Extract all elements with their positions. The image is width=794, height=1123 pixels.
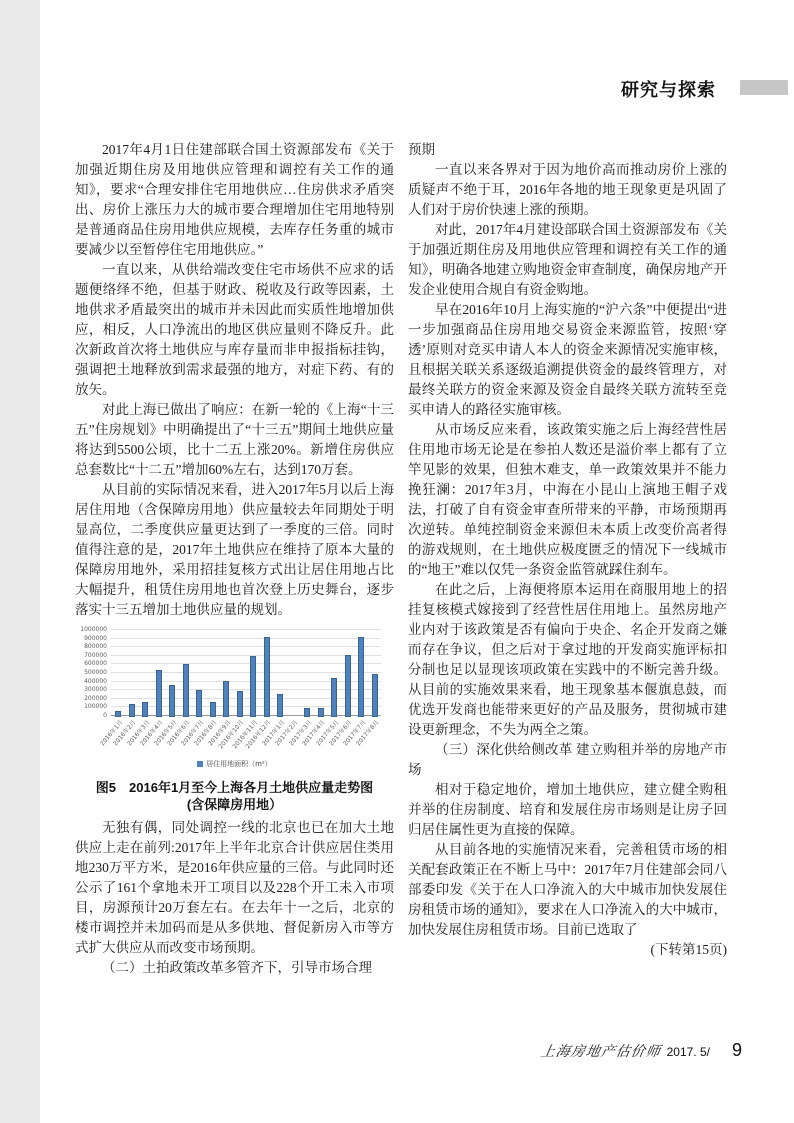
y-tick-label: 300000 [75,686,107,693]
y-tick-label: 400000 [75,678,107,685]
bar [250,656,256,717]
bar [345,655,351,717]
y-tick-label: 900000 [75,635,107,642]
bar [318,708,324,717]
bar [196,690,202,717]
figure-caption-line1: 图5 2016年1月至今上海各月土地供应量走势图 [75,779,394,796]
y-tick-label: 600000 [75,660,107,667]
paragraph: 从目前的实际情况来看，进入2017年5月以后上海居住用地（含保障房用地）供应量较… [75,480,394,620]
page-footer: 上海房地产估价师 2017. 5/ 9 [541,1040,742,1061]
bar [156,670,162,717]
magazine-page: 研究与探索 2017年4月1日住建部联合国土资源部发布《关于加强近期住房及用地供… [0,0,794,1123]
right-column: 预期一直以来各界对于因为地价高而推动房价上涨的质疑声不绝于耳，2016年各地的地… [408,140,727,978]
chart-gridline [111,638,381,639]
bar [169,685,175,717]
y-tick-label: 800000 [75,643,107,650]
article-body: 2017年4月1日住建部联合国土资源部发布《关于加强近期住房及用地供应管理和调控… [75,140,727,978]
bar [129,704,135,717]
bar [223,681,229,717]
page-number: 9 [732,1040,742,1061]
section-marker-block [740,80,788,95]
y-tick-label: 1000000 [75,626,107,633]
paragraph: 一直以来各界对于因为地价高而推动房价上涨的质疑声不绝于耳，2016年各地的地王现… [408,160,727,220]
chart-gridline [111,663,381,664]
bar [115,711,121,717]
bar [331,678,337,717]
chart-gridline [111,655,381,656]
bar [237,691,243,717]
chart-gridline [111,681,381,682]
bar [264,637,270,717]
y-tick-label: 200000 [75,695,107,702]
paragraph: 相对于稳定地价，增加土地供应，建立健全购租并举的住房制度、培育和发展住房市场则是… [408,780,727,840]
y-tick-label: 0 [75,712,107,719]
left-column: 2017年4月1日住建部联合国土资源部发布《关于加强近期住房及用地供应管理和调控… [75,140,394,978]
paragraph: 早在2016年10月上海实施的“沪六条”中便提出“进一步加强商品住房用地交易资金… [408,300,727,420]
bar [183,664,189,717]
paragraph: 对此上海已做出了响应：在新一轮的《上海“十三五”住房规划》中明确提出了“十三五”… [75,400,394,480]
chart-gridline [111,706,381,707]
bar [277,694,283,718]
left-column-paragraphs-bottom: 无独有偶，同处调控一线的北京也已在加大土地供应上走在前列:2017年上半年北京合… [75,818,394,978]
paragraph: 一直以来，从供给端改变住宅市场供不应求的话题便络绎不绝，但基于财政、税收及行政等… [75,260,394,400]
left-column-paragraphs-top: 2017年4月1日住建部联合国土资源部发布《关于加强近期住房及用地供应管理和调控… [75,140,394,620]
y-tick-label: 500000 [75,669,107,676]
chart-gridline [111,672,381,673]
legend-label: 居住用地面积（m²） [206,760,272,768]
figure-caption-line2: (含保障房用地） [75,796,394,813]
chart-legend: 居住用地面积（m²） [75,759,394,769]
paragraph: 从市场反应来看，该政策实施之后上海经营性居住用地市场无论是在参拍人数还是溢价率上… [408,420,727,580]
chart-gridline [111,689,381,690]
paragraph: 从目前各地的实施情况来看，完善租赁市场的相关配套政策正在不断上马中：2017年7… [408,840,727,940]
chart-gridline [111,629,381,630]
bar [304,708,310,717]
figure-caption: 图5 2016年1月至今上海各月土地供应量走势图 (含保障房用地） [75,779,394,813]
page-margin-strip [0,0,40,1123]
paragraph: 预期 [408,140,727,160]
paragraph: 无独有偶，同处调控一线的北京也已在加大土地供应上走在前列:2017年上半年北京合… [75,818,394,958]
bar [142,702,148,717]
chart-gridline [111,715,381,716]
section-title: 研究与探索 [621,76,716,102]
paragraph: 2017年4月1日住建部联合国土资源部发布《关于加强近期住房及用地供应管理和调控… [75,140,394,260]
land-supply-bar-chart: 0100000200000300000400000500000600000700… [75,623,394,775]
bar [358,637,364,717]
issue-label: 2017. 5/ [667,1045,710,1059]
right-column-paragraphs: 预期一直以来各界对于因为地价高而推动房价上涨的质疑声不绝于耳，2016年各地的地… [408,140,727,960]
bar [210,702,216,717]
paragraph: 在此之后，上海便将原本运用在商服用地上的招挂复核模式嫁接到了经营性居住用地上。虽… [408,580,727,740]
paragraph: 对此，2017年4月建设部联合国土资源部发布《关于加强近期住房及用地供应管理和调… [408,220,727,300]
chart-gridline [111,646,381,647]
paragraph: （三）深化供给侧改革 建立购租并举的房地产市场 [408,740,727,780]
paragraph: （二）土拍政策改革多管齐下，引导市场合理 [75,958,394,978]
paragraph: (下转第15页) [408,940,727,960]
journal-logo: 上海房地产估价师 [539,1041,663,1061]
y-tick-label: 700000 [75,652,107,659]
y-tick-label: 100000 [75,703,107,710]
chart-gridline [111,698,381,699]
bar [372,674,378,717]
legend-swatch-icon [197,761,203,767]
